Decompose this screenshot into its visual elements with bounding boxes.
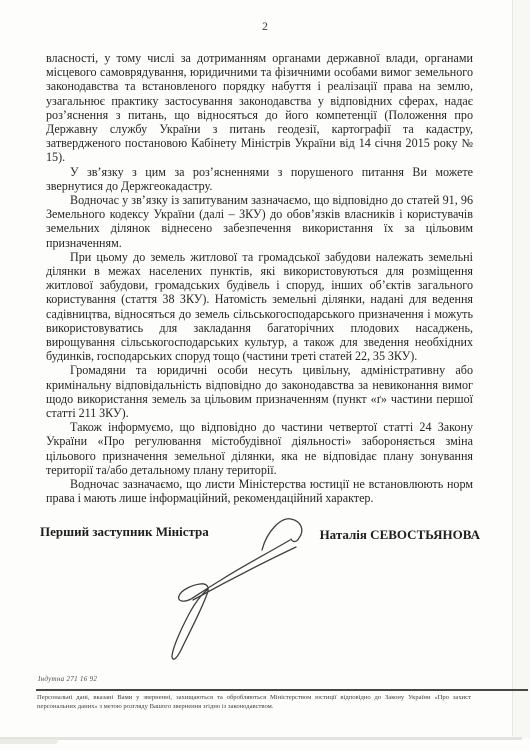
page-number: 2: [0, 21, 530, 33]
paragraph: У зв’язку з цим за роз’ясненнями з поруш…: [46, 165, 473, 193]
signature-tail-stroke: [193, 547, 296, 600]
scan-edge-right: [513, 0, 530, 738]
footer-divider: [36, 689, 528, 691]
executor-reference: Індутна 271 16 92: [38, 675, 97, 683]
paragraph: Водночас зазначаємо, що листи Міністерст…: [46, 477, 473, 505]
letter-body: власності, у тому числі за дотриманням о…: [46, 51, 473, 506]
signer-position-title: Перший заступник Міністра: [40, 524, 209, 540]
signature-main-stroke: [172, 540, 290, 659]
signature-hook-stroke: [262, 519, 302, 550]
paragraph: Також інформуємо, що відповідно до части…: [46, 420, 473, 477]
privacy-note: Персональні дані, вказані Вами у звернен…: [37, 694, 471, 712]
paragraph: Водночас у зв’язку із запитуваним зазнач…: [46, 193, 473, 250]
paragraph: При цьому до земель житлової та громадсь…: [46, 250, 473, 364]
scan-edge-bottom-left: [0, 739, 58, 744]
scan-edge-bottom: [0, 737, 522, 740]
scanned-letter-page: 2 власності, у тому числі за дотриманням…: [0, 0, 530, 750]
signer-name: Наталія СЕВОСТЬЯНОВА: [320, 527, 480, 543]
paragraph: Громадяни та юридичні особи несуть цивіл…: [46, 363, 473, 420]
paragraph: власності, у тому числі за дотриманням о…: [46, 51, 473, 165]
scan-edge-line: [512, 0, 513, 736]
